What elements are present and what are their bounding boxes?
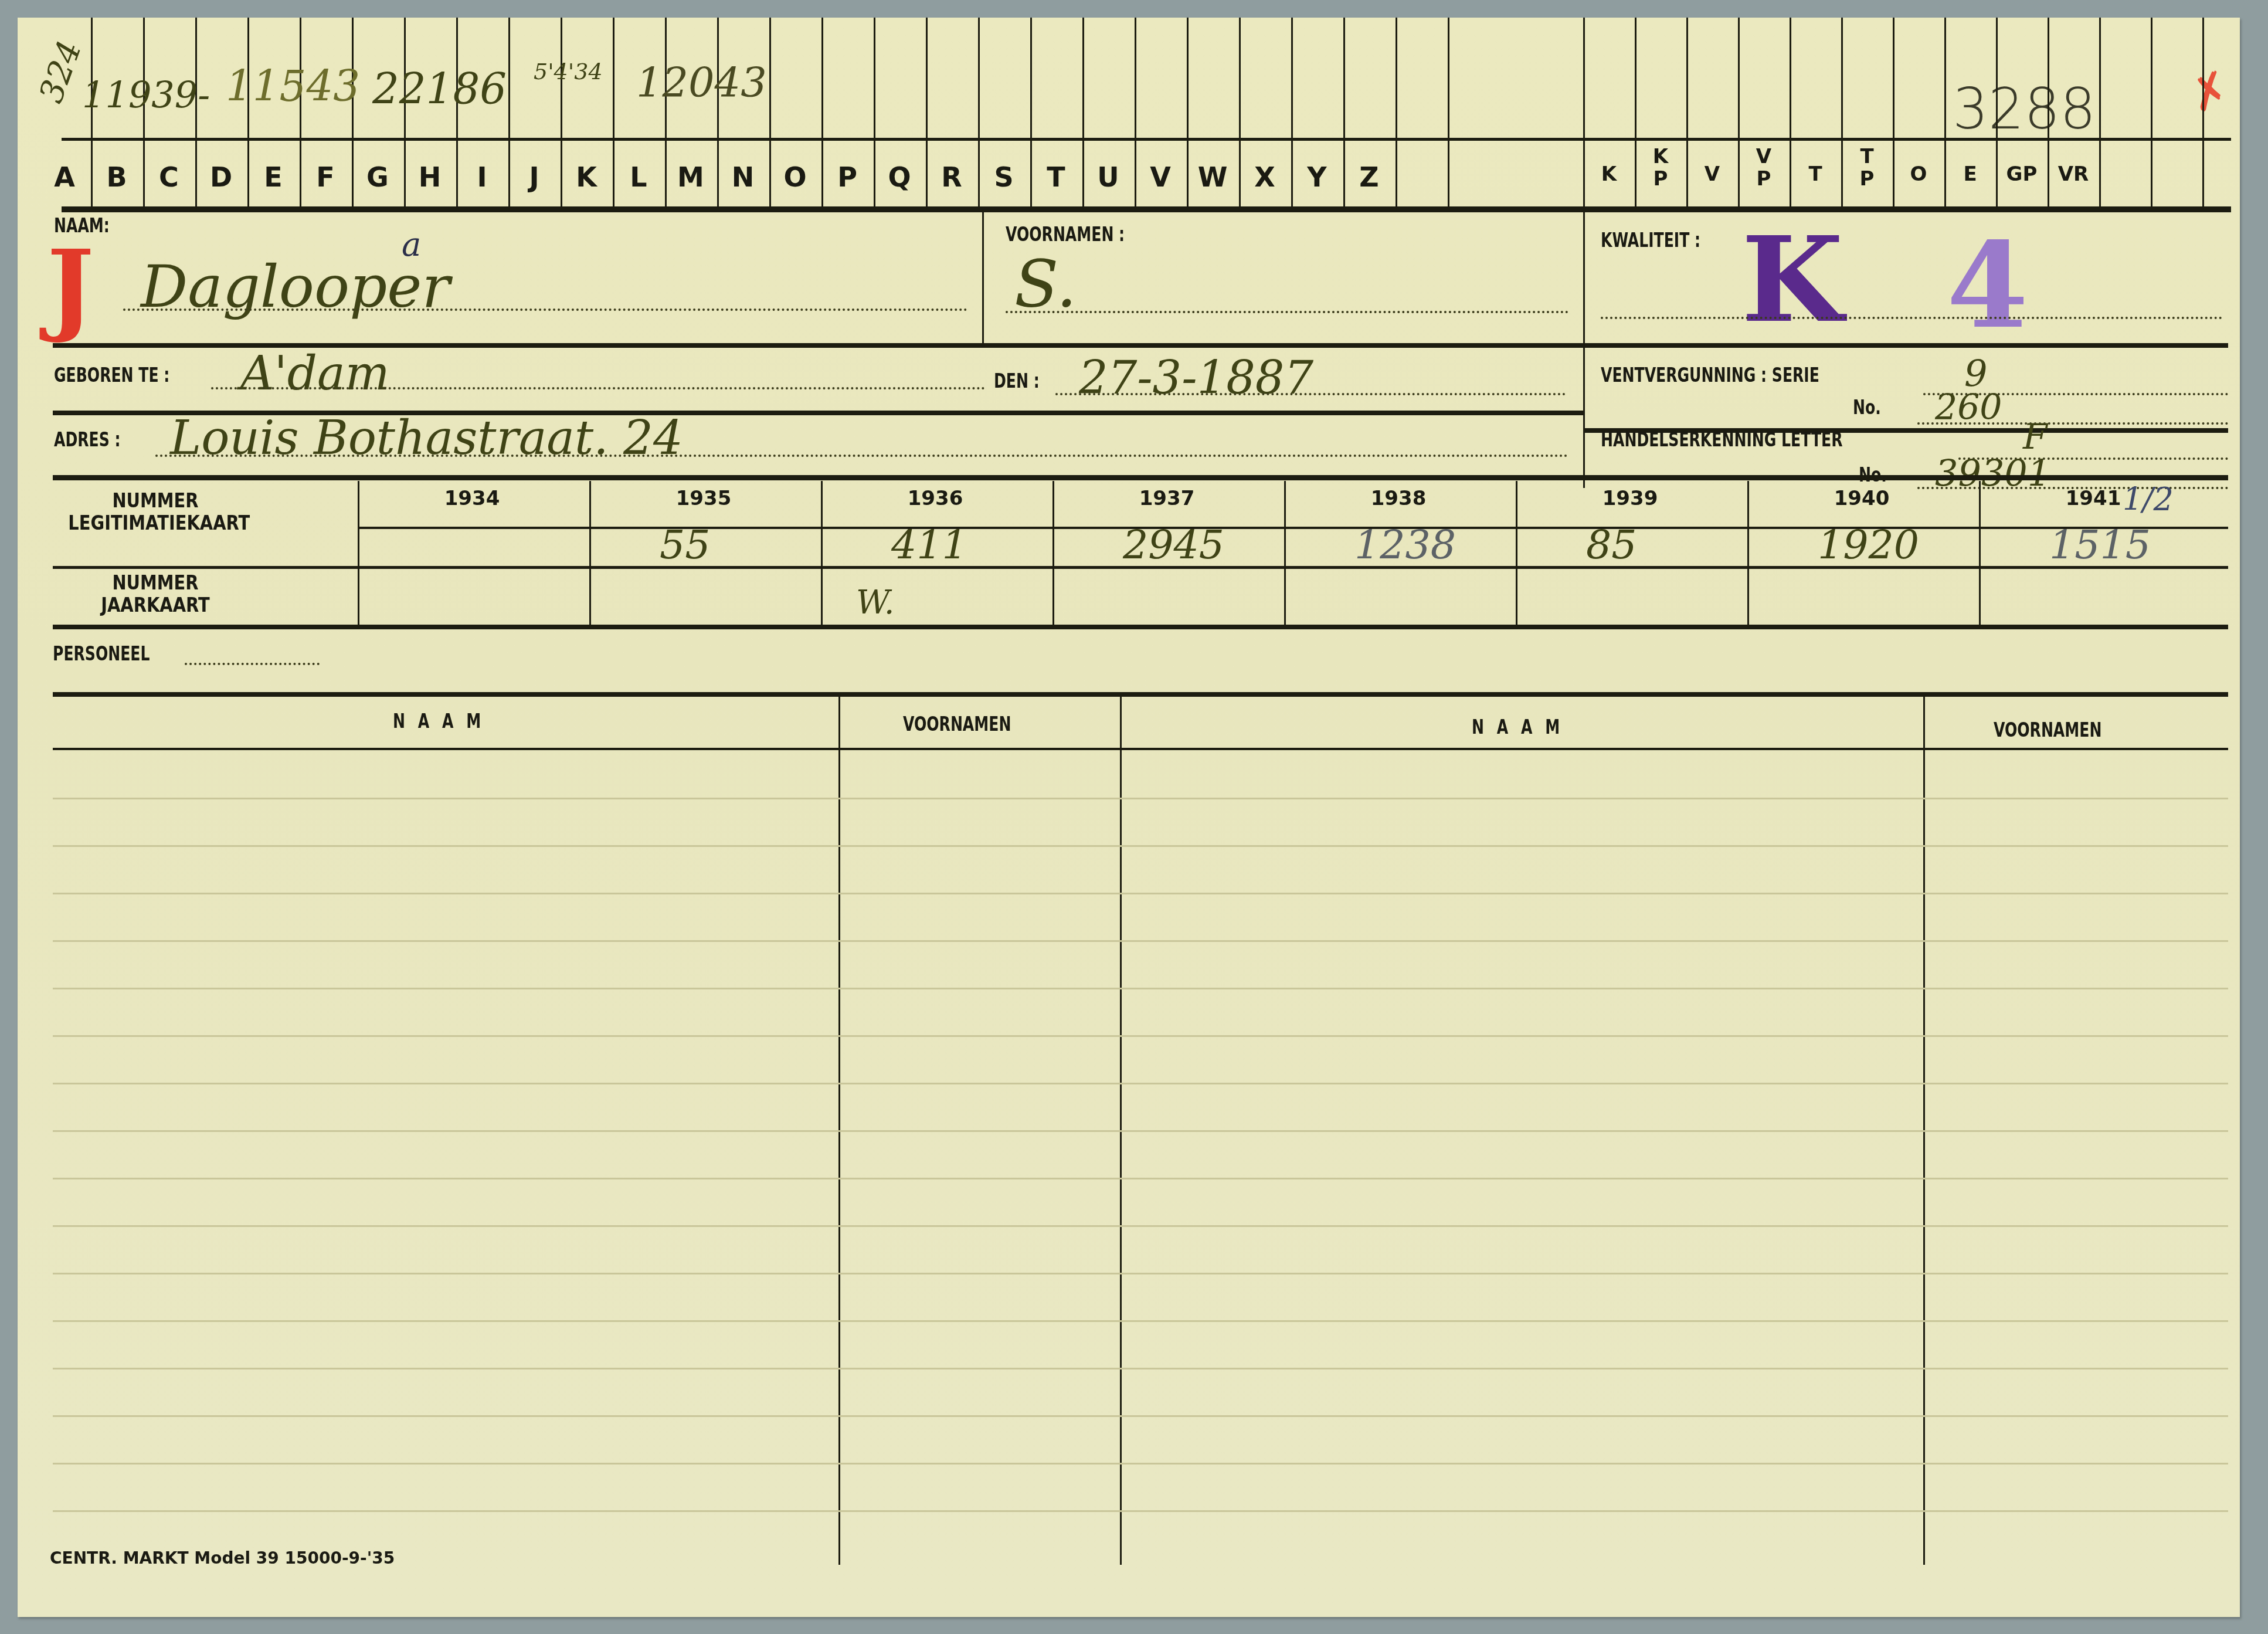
code-top: T xyxy=(1790,163,1841,185)
code-top: E xyxy=(1944,163,1996,185)
year-header-1937: 1937 xyxy=(1052,487,1281,510)
code-bottom: P xyxy=(1841,168,1893,190)
table-rule xyxy=(53,625,2228,629)
den-label: DEN : xyxy=(994,369,1040,393)
ruled-line xyxy=(53,1178,2228,1179)
index-letter-r: R xyxy=(926,161,977,193)
ruled-line xyxy=(53,1225,2228,1227)
index-letter-j: J xyxy=(508,161,560,193)
index-letter-c: C xyxy=(143,161,195,193)
handwritten-number: 22186 xyxy=(372,65,507,114)
voornamen-value: S. xyxy=(1014,246,1077,321)
code-top: T xyxy=(1841,145,1893,168)
index-letter-q: Q xyxy=(874,161,925,193)
form-footer: CENTR. MARKT Model 39 15000-9-'35 xyxy=(50,1548,395,1568)
kwaliteit-label: KWALITEIT : xyxy=(1601,229,1700,252)
code-top: K xyxy=(1583,163,1635,185)
kwaliteit-stamp-number: 4 xyxy=(1947,217,2028,355)
ruled-line xyxy=(53,1415,2228,1417)
ruled-line xyxy=(53,988,2228,989)
ruled-line xyxy=(53,940,2228,942)
label-line: NUMMER xyxy=(68,572,243,594)
jewish-stamp-j: J xyxy=(47,229,94,346)
index-letter-o: O xyxy=(769,161,821,193)
category-code: K P xyxy=(1635,145,1686,190)
index-letter-w: W xyxy=(1187,161,1238,193)
header-naam-2: N A A M xyxy=(1472,716,1564,739)
adres-value: Louis Bothastraat. 24 xyxy=(170,411,683,465)
category-code: K xyxy=(1583,163,1635,185)
category-code: VR xyxy=(2048,163,2099,185)
personeel-field-line xyxy=(185,663,320,665)
registration-card: 324 11939- 11543 22186 5'4'34 12043 3288… xyxy=(18,18,2240,1617)
ruled-line xyxy=(53,845,2228,847)
section-rule xyxy=(53,475,2228,480)
ruled-line xyxy=(53,893,2228,894)
ruled-line xyxy=(53,1463,2228,1465)
index-letter-s: S xyxy=(978,161,1030,193)
category-code: E xyxy=(1944,163,1996,185)
index-letter-l: L xyxy=(613,161,664,193)
index-letter-b: B xyxy=(91,161,142,193)
header-voornamen-1: VOORNAMEN xyxy=(903,713,1011,736)
category-code: GP xyxy=(1996,163,2048,185)
index-letter-e: E xyxy=(247,161,299,193)
code-bottom: P xyxy=(1635,168,1686,190)
handwritten-number: 12043 xyxy=(636,59,767,107)
kwaliteit-field-line xyxy=(1601,317,2222,319)
jaarkaart-label: NUMMER JAARKAART xyxy=(68,572,243,616)
year-header-1934: 1934 xyxy=(358,487,586,510)
code-top: O xyxy=(1893,163,1944,185)
table-top-rule xyxy=(53,692,2228,697)
year-header-1940: 1940 xyxy=(1747,487,1976,510)
year-header-1936: 1936 xyxy=(821,487,1050,510)
personeel-label: PERSONEEL xyxy=(53,642,150,666)
table-rule xyxy=(53,566,2228,569)
index-column-line xyxy=(1396,18,1397,208)
index-letter-p: P xyxy=(821,161,873,193)
index-column-line xyxy=(1448,18,1449,208)
adres-label: ADRES : xyxy=(54,428,121,452)
year-header-1938: 1938 xyxy=(1284,487,1513,510)
ruled-line xyxy=(53,1083,2228,1084)
category-code: V xyxy=(1686,163,1738,185)
label-line: NUMMER xyxy=(68,490,243,512)
voornamen-label: VOORNAMEN : xyxy=(1006,223,1125,246)
geboren-te-label: GEBOREN TE : xyxy=(54,364,169,387)
header-voornamen-2: VOORNAMEN xyxy=(1994,718,2101,742)
geboren-te-field-line xyxy=(211,387,985,389)
index-letter-y: Y xyxy=(1291,161,1343,193)
index-letter-h: H xyxy=(404,161,456,193)
index-letter-u: U xyxy=(1082,161,1134,193)
index-letter-f: F xyxy=(300,161,351,193)
year-1941-note: 1/2 xyxy=(2123,481,2174,518)
year-header-1939: 1939 xyxy=(1516,487,1744,510)
geboren-te-value: A'dam xyxy=(240,346,390,401)
index-strip-divider xyxy=(62,138,2231,141)
naam-correction: a xyxy=(402,226,421,264)
handwritten-number: 5'4'34 xyxy=(534,59,603,84)
ruled-line xyxy=(53,1320,2228,1322)
no-field-line xyxy=(1917,422,2228,425)
code-top: K xyxy=(1635,145,1686,168)
ruled-line xyxy=(53,1035,2228,1037)
index-letter-i: I xyxy=(456,161,508,193)
index-letter-x: X xyxy=(1239,161,1291,193)
ruled-line xyxy=(53,1273,2228,1274)
index-letter-n: N xyxy=(717,161,769,193)
legitimatiekaart-label: NUMMER LEGITIMATIEKAART xyxy=(68,490,243,534)
code-top: V xyxy=(1686,163,1738,185)
index-letter-v: V xyxy=(1135,161,1186,193)
voornamen-field-line xyxy=(1006,311,1568,313)
category-code: T P xyxy=(1841,145,1893,190)
ventvergunning-label: VENTVERGUNNING : SERIE xyxy=(1601,364,1819,387)
category-code: O xyxy=(1893,163,1944,185)
index-letter-g: G xyxy=(352,161,403,193)
index-letter-d: D xyxy=(195,161,247,193)
code-column-line xyxy=(2151,18,2152,208)
red-cross-mark: ✗ xyxy=(2182,59,2238,124)
label-line: JAARKAART xyxy=(68,594,243,616)
year-header-rule xyxy=(358,527,2228,529)
handelserkenning-label: HANDELSERKENNING LETTER xyxy=(1601,428,1842,452)
handwritten-number: 324 xyxy=(32,36,90,108)
header-naam-1: N A A M xyxy=(393,710,485,733)
index-letter-t: T xyxy=(1030,161,1082,193)
ruled-line xyxy=(53,798,2228,799)
ruled-line xyxy=(53,1130,2228,1132)
label-line: LEGITIMATIEKAART xyxy=(68,512,243,534)
handwritten-number: 11543 xyxy=(226,62,360,111)
code-bottom: P xyxy=(1738,168,1790,190)
index-letter-a: A xyxy=(39,161,90,193)
code-top: V xyxy=(1738,145,1790,168)
year-header-1935: 1935 xyxy=(589,487,818,510)
index-strip-bottom-rule xyxy=(62,206,2231,212)
index-letter-m: M xyxy=(665,161,717,193)
category-code: T xyxy=(1790,163,1841,185)
ventvergunning-no-label: No. xyxy=(1853,396,1881,419)
adres-field-line xyxy=(155,455,1568,457)
code-top: VR xyxy=(2048,163,2099,185)
index-letter-k: K xyxy=(561,161,612,193)
category-code: V P xyxy=(1738,145,1790,190)
handwritten-number: 11939- xyxy=(82,73,210,116)
code-column-line xyxy=(2099,18,2101,208)
ruled-line xyxy=(53,1510,2228,1512)
ruled-line xyxy=(53,1368,2228,1369)
kwaliteit-stamp-letter: K xyxy=(1741,211,1843,349)
index-letter-z: Z xyxy=(1343,161,1395,193)
divider xyxy=(1583,212,1585,488)
table-header-rule xyxy=(53,748,2228,750)
code-column-line xyxy=(2202,18,2204,208)
code-top: GP xyxy=(1996,163,2048,185)
naam-field-line xyxy=(123,309,967,311)
index-number: 3288 xyxy=(1953,76,2096,142)
den-field-line xyxy=(1055,393,1566,395)
den-value: 27-3-1887 xyxy=(1079,352,1313,405)
jaarkaart-1936: W. xyxy=(856,584,895,622)
divider xyxy=(982,212,984,347)
